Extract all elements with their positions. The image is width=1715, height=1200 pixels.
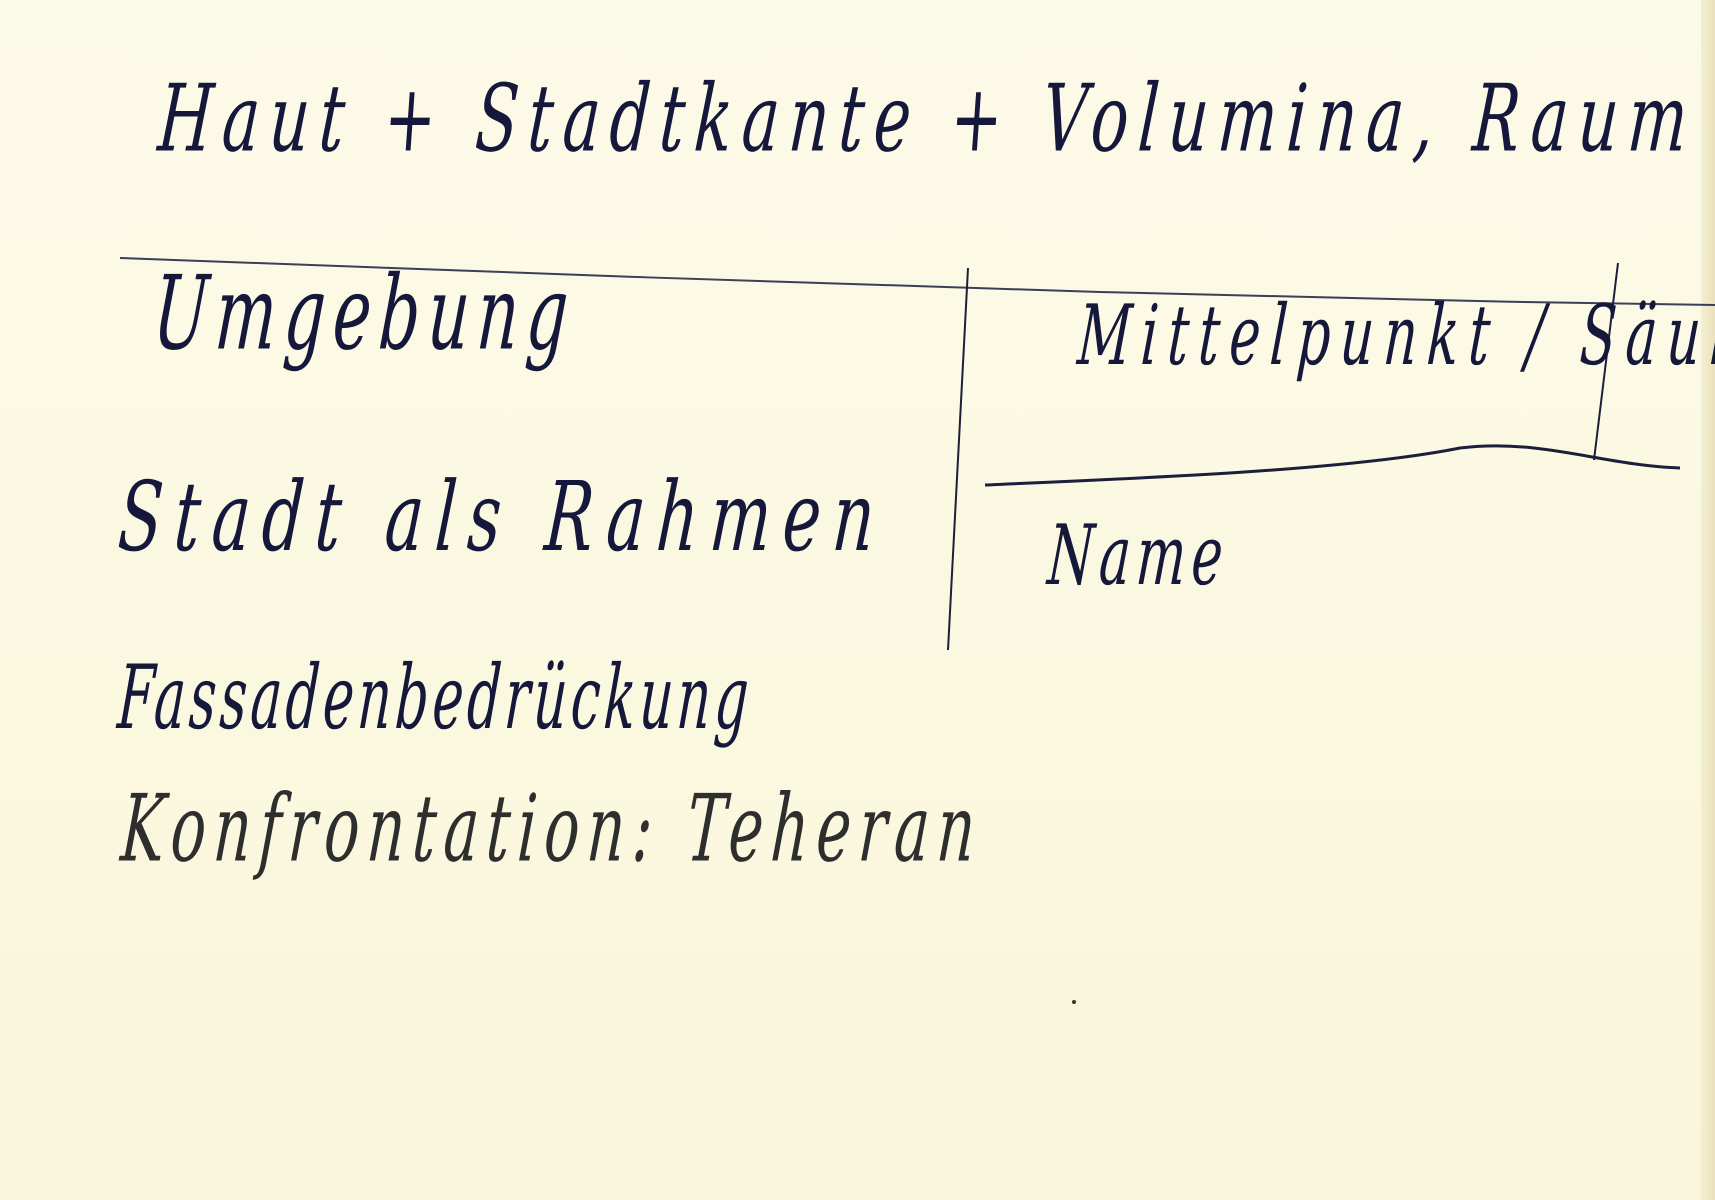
ruled-lines <box>0 0 1715 1200</box>
left-item-3: Fassadenbedrückung <box>115 648 755 750</box>
left-item-4: Konfrontation: Teheran <box>118 774 987 883</box>
header-underline <box>985 446 1680 485</box>
left-item-1: Umgebung <box>150 256 580 374</box>
right-item-1: Name <box>1045 509 1232 605</box>
column-divider <box>948 268 968 650</box>
right-column-header: Mittelpunkt / Säule <box>1075 289 1715 385</box>
ink-dot <box>1072 1000 1076 1004</box>
left-item-2: Stadt als Rahmen <box>115 463 890 574</box>
note-title: Haut + Stadtkante + Volumina, Raum + Hof <box>155 64 1715 174</box>
